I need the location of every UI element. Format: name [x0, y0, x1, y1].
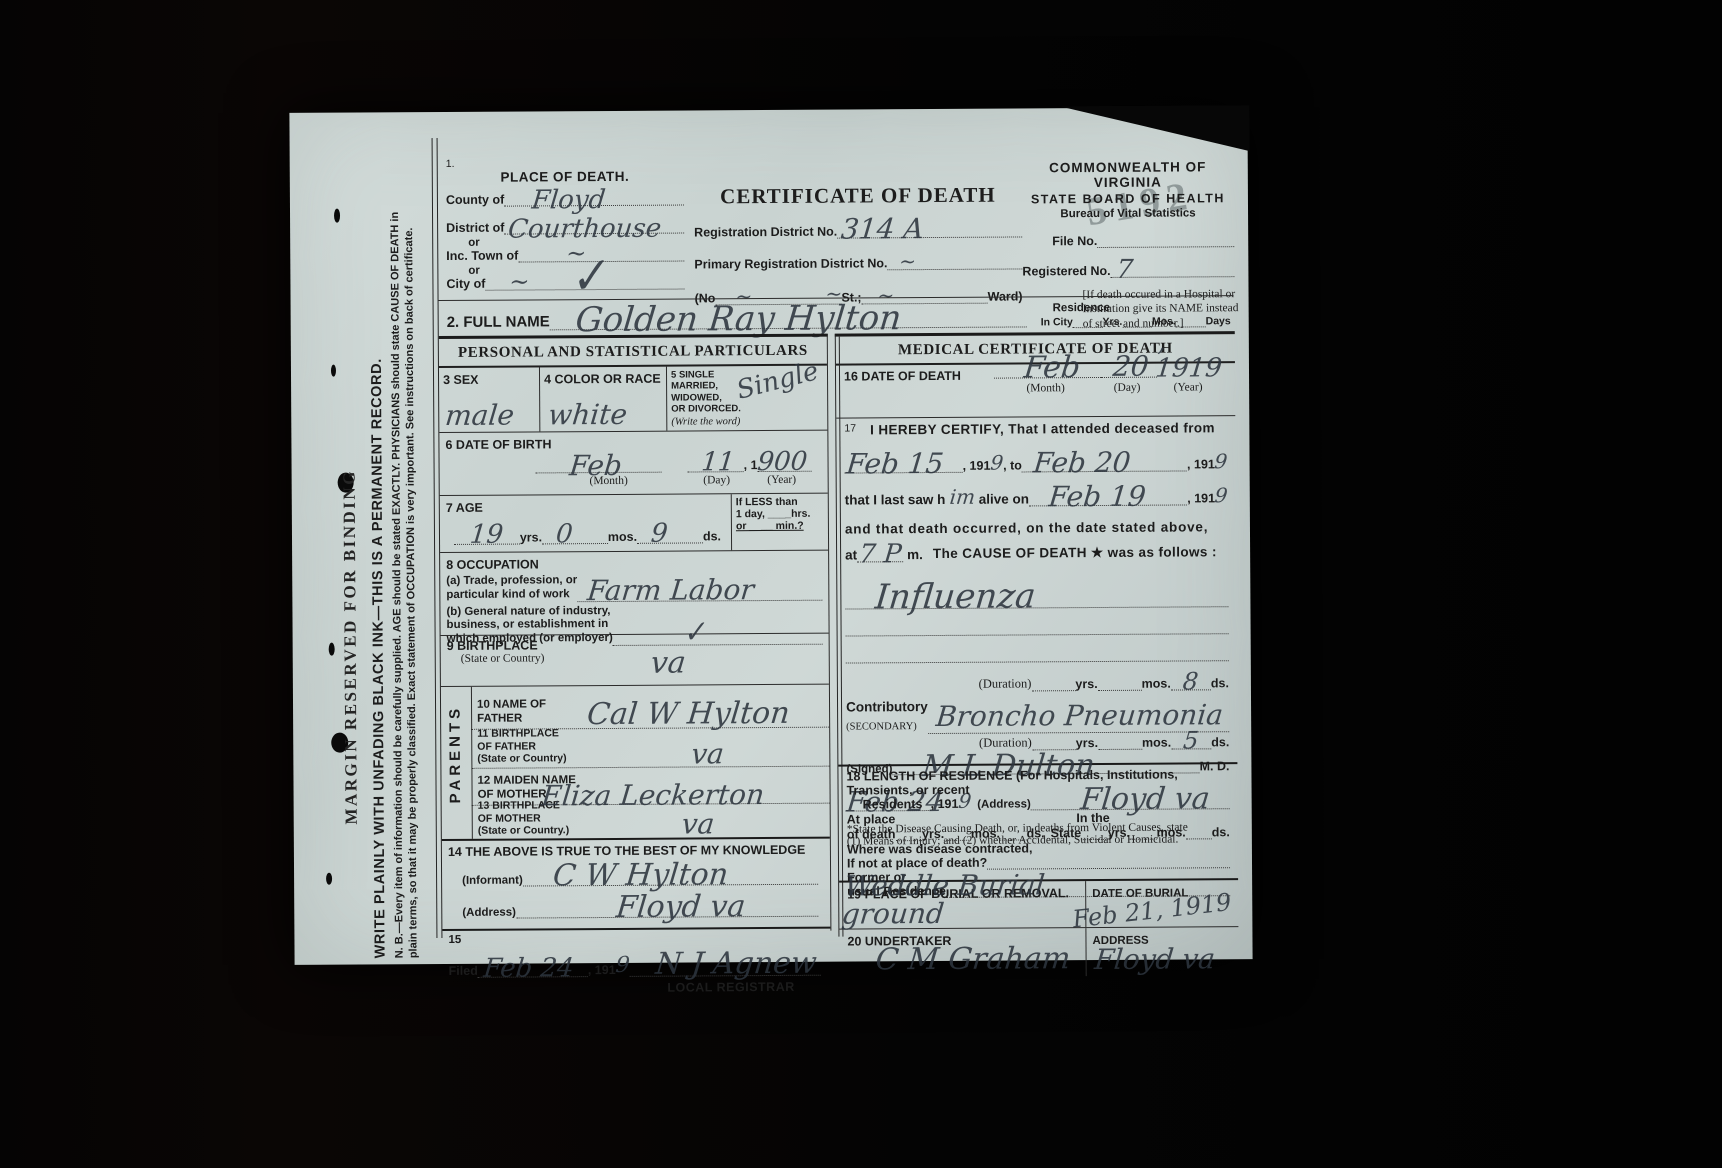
dod-month-value: Feb: [1022, 353, 1081, 383]
race-label: 4 COLOR OR RACE: [544, 372, 661, 387]
marital-note: (Write the word): [671, 416, 823, 428]
duration-2-ds-value: 5: [1182, 728, 1200, 752]
duration-1-ds-value: 8: [1182, 669, 1200, 693]
sex-cell: 3 SEX male: [439, 367, 540, 432]
to-year-digit: 9: [1214, 451, 1229, 471]
informant-address-label: (Address): [462, 907, 516, 919]
registration-district-line: Registration District No. 314 A: [694, 223, 1022, 239]
last-saw-h-value: im: [948, 487, 975, 507]
age-row: 7 AGE 19 yrs. 0 mos. 9 ds. If LESS than …: [440, 494, 828, 553]
punch-hole: [329, 643, 335, 656]
birthplace-sub: (State or Country): [461, 651, 823, 665]
last-saw-value: Feb 19: [1048, 483, 1148, 512]
state-board-line: STATE BOARD OF HEALTH: [1022, 191, 1234, 206]
registration-district-label: Registration District No.: [694, 225, 837, 240]
full-name-value: Golden Ray Hylton: [574, 301, 903, 337]
punch-hole: [331, 365, 336, 377]
commonwealth-line: COMMONWEALTH OF VIRGINIA: [1022, 159, 1234, 190]
marital-label: 5 SINGLE MARRIED, WIDOWED, OR DIVORCED.: [671, 369, 741, 415]
informant-address-value: Floyd va: [614, 892, 746, 923]
last-saw-pre: that I last saw h: [845, 492, 946, 508]
age-yrs-value: 19: [469, 522, 505, 548]
filed-section: 15 Filed Feb 24 , 1919 N J Agnew LOCAL R…: [442, 929, 830, 999]
in-the-label: In the: [1076, 811, 1109, 825]
to-label: , to: [1003, 458, 1022, 472]
punch-hole: [326, 873, 332, 885]
undertaker-value: C M Graham: [874, 944, 1072, 975]
county-line: County of Floyd: [446, 192, 684, 207]
personal-column: PERSONAL AND STATISTICAL PARTICULARS 3 S…: [439, 334, 832, 933]
certificate-title: CERTIFICATE OF DEATH: [694, 182, 1022, 209]
filed-label: Filed: [449, 964, 478, 978]
attended-to-value: Feb 20: [1032, 449, 1132, 478]
sex-value: male: [444, 402, 516, 430]
residence-block: Residence In City Yrs. Mos. Days: [1041, 301, 1231, 328]
father-birthplace-row: 11 BIRTHPLACE OF FATHER (State or Countr…: [471, 728, 829, 769]
undertaker-address-value: Floyd va: [1093, 945, 1216, 974]
mother-birthplace-value: va: [680, 810, 715, 838]
certify-statement: I HEREBY CERTIFY, That I attended deceas…: [870, 420, 1215, 437]
photo-background: MARGIN RESERVED FOR BINDING WRITE PLAINL…: [0, 0, 1722, 1168]
place-of-death-block: 1. PLACE OF DEATH. County of Floyd Distr…: [446, 157, 685, 291]
informant-label: (Informant): [462, 875, 523, 887]
age-ds-value: 9: [650, 521, 669, 547]
birthplace-row: 9 BIRTHPLACE (State or Country) va: [441, 634, 829, 686]
age-mos-label: mos.: [608, 530, 637, 544]
contributory-value: Broncho Pneumonia: [934, 701, 1224, 731]
residence-in-city-line: In City Yrs. Mos. Days: [1041, 315, 1231, 328]
attended-from-value: Feb 15: [845, 450, 945, 479]
if-less-line1: If LESS than: [736, 496, 824, 509]
duration-2-mos: mos.: [1142, 736, 1171, 750]
duration-1-mos: mos.: [1142, 677, 1171, 691]
age-main-cell: 7 AGE 19 yrs. 0 mos. 9 ds.: [440, 494, 731, 552]
dob-row: 6 DATE OF BIRTH Feb 11 , 1 900 (Month) (…: [439, 431, 827, 496]
pen-check-mark: ✓: [565, 250, 611, 302]
residence-label: Residence: [1053, 301, 1231, 314]
race-value: white: [547, 401, 629, 429]
punch-hole: [334, 209, 340, 223]
length-of-residence-block: 18 LENGTH OF RESIDENCE (For Hospitals, I…: [838, 764, 1238, 882]
at-label: at: [845, 547, 857, 562]
undertaker-cell: 20 UNDERTAKER C M Graham: [839, 928, 1085, 978]
race-cell: 4 COLOR OR RACE white: [540, 367, 667, 432]
father-birthplace-value: va: [690, 740, 725, 768]
registration-district-value: 314 A: [840, 215, 925, 244]
burial-place-value: Weddle Burial ground: [840, 871, 1088, 929]
father-name-label: 10 NAME OF FATHER: [471, 697, 581, 729]
registered-no-line: Registered No. 7: [1022, 263, 1234, 278]
medical-column: MEDICAL CERTIFICATE OF DEATH 16 DATE OF …: [835, 331, 1239, 936]
hour-of-death-value: 7 P: [858, 541, 903, 567]
sex-label: 3 SEX: [443, 373, 479, 387]
dob-comma: , 1: [744, 458, 758, 472]
duration-1-ds: ds.: [1211, 676, 1229, 690]
date-of-death-label: 16 DATE OF DEATH: [844, 369, 961, 384]
primary-registration-value: ~: [898, 251, 917, 271]
secondary-label: (SECONDARY): [846, 721, 917, 732]
burial-row: 19 PLACE OF BURIAL OR REMOVAL. Weddle Bu…: [839, 880, 1238, 929]
res-ds-2: ds.: [1212, 825, 1230, 839]
truth-statement: 14 THE ABOVE IS TRUE TO THE BEST OF MY K…: [448, 843, 824, 859]
parents-label-cell: PARENTS: [441, 687, 473, 839]
age-yrs-label: yrs.: [520, 530, 542, 544]
death-occurred-line: and that death occurred, on the date sta…: [845, 519, 1228, 536]
margin-nb-text: N. B.—Every item of information should b…: [388, 188, 421, 958]
dod-day-sub: (Day): [1097, 382, 1157, 394]
cause-of-death-label: The CAUSE OF DEATH ★ was as follows :: [933, 544, 1217, 562]
from-year-digit: 9: [989, 453, 1004, 473]
state-label: State: [1051, 826, 1082, 840]
age-label: 7 AGE: [446, 501, 483, 515]
occupation-row: 8 OCCUPATION (a) Trade, profession, or p…: [440, 551, 828, 636]
in-city-label: In City: [1041, 316, 1073, 328]
district-label: District of: [446, 221, 504, 235]
res-mos-2: mos.: [1157, 825, 1186, 839]
primary-registration-label: Primary Registration District No.: [694, 256, 887, 271]
res-ds-1: ds.: [1027, 826, 1045, 840]
city-value: ~: [508, 269, 530, 293]
last-year-printed: , 191: [1187, 491, 1215, 505]
certify-block: 17 I HEREBY CERTIFY, That I attended dec…: [836, 416, 1237, 766]
informant-section: 14 THE ABOVE IS TRUE TO THE BEST OF MY K…: [442, 839, 831, 931]
mother-birthplace-row: 13 BIRTHPLACE OF MOTHER (State or Countr…: [472, 804, 830, 840]
res-yrs-1: yrs.: [922, 827, 944, 841]
father-birthplace-label: 11 BIRTHPLACE OF FATHER (State or Countr…: [471, 725, 581, 767]
registered-no-value: 7: [1115, 257, 1134, 283]
marital-cell: 5 SINGLE MARRIED, WIDOWED, OR DIVORCED. …: [667, 366, 827, 431]
primary-registration-line: Primary Registration District No. ~: [694, 255, 1022, 271]
residence-18-line1: 18 LENGTH OF RESIDENCE (For Hospitals, I…: [846, 767, 1229, 797]
certificate-title-block: CERTIFICATE OF DEATH Registration Distri…: [694, 182, 1023, 305]
filed-date-value: Feb 24: [483, 955, 576, 982]
cause-of-death-value: Influenza: [874, 579, 1037, 614]
father-name-value: Cal W Hylton: [586, 699, 791, 730]
occupation-a-label: (a) Trade, profession, or particular kin…: [446, 574, 577, 602]
certificate-form: 5192 1. PLACE OF DEATH. County of Floyd …: [438, 133, 1238, 948]
registrar-signature: N J Agnew: [654, 949, 818, 980]
days-label: Days: [1206, 315, 1231, 327]
undertaker-row: 20 UNDERTAKER C M Graham ADDRESS Floyd v…: [839, 927, 1238, 977]
registered-no-label: Registered No.: [1022, 264, 1110, 279]
residence-18-line2: Residents: [863, 795, 1230, 811]
occupation-a-value: Farm Labor: [586, 576, 755, 605]
res-yrs-2: yrs.: [1108, 826, 1130, 840]
if-less-line3: or ____ min.?: [736, 520, 824, 533]
margin-binding-text: MARGIN RESERVED FOR BINDING: [340, 469, 362, 825]
mos-label: Mos.: [1152, 316, 1176, 328]
margin-write-plainly-text: WRITE PLAINLY WITH UNFADING BLACK INK—TH…: [369, 358, 389, 958]
to-year-printed: , 191: [1187, 457, 1215, 471]
sex-race-marital-row: 3 SEX male 4 COLOR OR RACE white 5 SINGL…: [439, 366, 827, 433]
dod-day-value: 20: [1112, 353, 1150, 381]
informant-value: C W Hylton: [551, 860, 729, 891]
duration-2-ds: ds.: [1211, 735, 1229, 749]
filed-year-digit: 9: [615, 955, 631, 977]
age-mos-value: 0: [555, 521, 574, 547]
occupation-label: 8 OCCUPATION: [446, 557, 539, 572]
blank-line-2: [846, 634, 1229, 663]
m-label: m.: [907, 547, 923, 562]
age-ds-label: ds.: [703, 529, 721, 543]
date-of-death-row: 16 DATE OF DEATH Feb 20 , 1919 (Month) (…: [836, 363, 1235, 418]
personal-title: PERSONAL AND STATISTICAL PARTICULARS: [439, 337, 827, 368]
inc-town-label: Inc. Town of: [446, 249, 518, 263]
duration-1-yrs: yrs.: [1075, 677, 1097, 691]
county-label: County of: [446, 193, 504, 207]
of-death-label: of death: [847, 827, 896, 841]
at-place-label: At place: [847, 812, 896, 826]
alive-on-label: alive on: [979, 491, 1029, 506]
dob-year-value: 900: [756, 449, 808, 475]
file-no-line: File No.: [1022, 233, 1234, 248]
file-no-label: File No.: [1052, 234, 1097, 248]
from-year-printed: , 191: [963, 459, 991, 473]
city-line: City of ~: [446, 276, 684, 291]
bureau-line: Bureau of Vital Statistics: [1022, 207, 1234, 220]
parents-block: PARENTS 10 NAME OF FATHER Cal W Hylton 1…: [441, 684, 830, 841]
res-mos-1: mos.: [971, 827, 1000, 841]
city-label: City of: [446, 277, 485, 291]
full-name-label: 2. FULL NAME: [447, 313, 550, 331]
if-less-cell: If LESS than 1 day, ____hrs. or ____ min…: [731, 494, 828, 551]
full-name-row: 2. FULL NAME Golden Ray Hylton: [447, 310, 1027, 331]
burial-date-cell: DATE OF BURIAL Feb 21, 1919: [1085, 880, 1238, 927]
section-15-number: 15: [448, 932, 824, 946]
dob-month-value: Feb: [568, 452, 623, 480]
birthplace-value: va: [649, 649, 687, 679]
father-name-row: 10 NAME OF FATHER Cal W Hylton: [471, 685, 829, 730]
dod-year-value: , 1919: [1154, 329, 1225, 381]
certificate-paper: MARGIN RESERVED FOR BINDING WRITE PLAINL…: [289, 107, 1252, 965]
section-17-number: 17: [844, 422, 856, 434]
place-of-death-title: PLACE OF DEATH.: [446, 169, 684, 185]
dob-day-value: 11: [700, 449, 736, 475]
filed-year-printed: , 191: [588, 963, 616, 977]
contributory-label: Contributory: [846, 699, 928, 714]
dob-label: 6 DATE OF BIRTH: [445, 437, 551, 452]
duration-1-label: (Duration): [979, 676, 1032, 691]
yrs-label: Yrs.: [1102, 316, 1122, 328]
last-year-digit: 9: [1214, 485, 1229, 505]
if-less-line2: 1 day, ____hrs.: [736, 508, 824, 521]
burial-place-cell: 19 PLACE OF BURIAL OR REMOVAL. Weddle Bu…: [839, 881, 1085, 929]
parents-vertical-label: PARENTS: [447, 723, 464, 803]
county-value: Floyd: [531, 187, 607, 213]
district-line: District of Courthouse: [446, 220, 684, 235]
undertaker-address-cell: ADDRESS Floyd va: [1085, 927, 1238, 976]
